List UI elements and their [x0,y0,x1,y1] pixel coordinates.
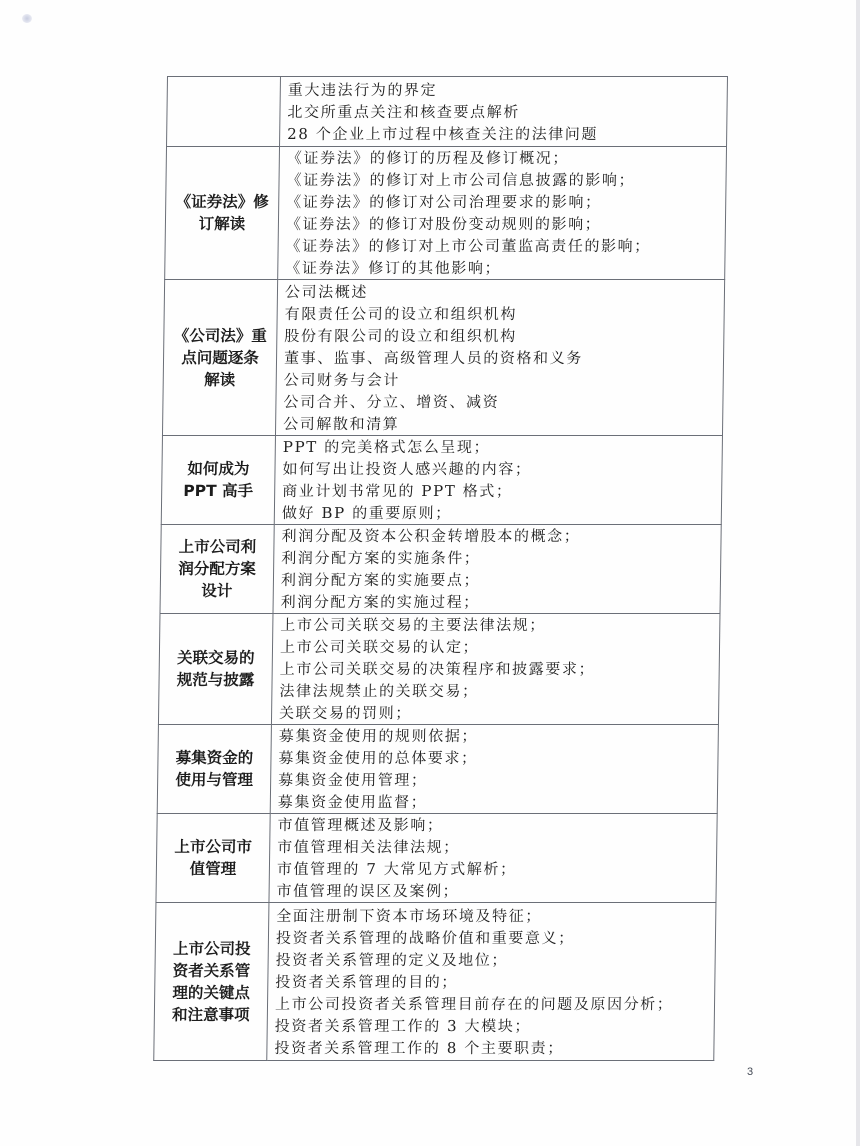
table-row: 上市公司市 值管理 市值管理概述及影响； 市值管理相关法律法规； 市值管理的 7… [156,814,717,903]
list-item: 募集资金使用监督； [278,791,717,813]
items-cell: 利润分配及资本公积金转增股本的概念； 利润分配方案的实施条件； 利润分配方案的实… [273,525,721,614]
scan-edge [856,0,860,1146]
topic-cell: 关联交易的 规范与披露 [158,614,273,725]
list-item: 市值管理的误区及案例； [276,880,715,902]
list-item: 《证券法》的修订的历程及修订概况； [287,147,726,169]
list-item: 募集资金使用管理； [278,769,717,791]
list-item: 做好 BP 的重要原则； [282,502,721,524]
topic-label: 关联交易的 [160,647,272,669]
list-item: 全面注册制下资本市场环境及特征； [276,905,715,927]
list-item: 关联交易的罚则； [279,702,718,724]
list-item: 《证券法》的修订对上市公司董监高责任的影响； [285,235,724,257]
topic-cell: 上市公司利 润分配方案 设计 [160,525,274,614]
document-page: 重大违法行为的界定 北交所重点关注和核查要点解析 28 个企业上市过程中核查关注… [0,0,860,1146]
topic-label: 和注意事项 [155,1004,267,1026]
topic-label: 订解读 [166,213,278,235]
items-cell: PPT 的完美格式怎么呈现； 如何写出让投资人感兴趣的内容； 商业计划书常见的 … [274,436,722,525]
list-item: 公司法概述 [285,281,724,303]
table-row: 上市公司投 资者关系管 理的关键点 和注意事项 全面注册制下资本市场环境及特征；… [154,903,716,1061]
table-row: 关联交易的 规范与披露 上市公司关联交易的主要法律法规； 上市公司关联交易的认定… [158,614,720,725]
list-item: 《证券法》修订的其他影响； [285,257,724,279]
topic-label: 如何成为 [162,458,274,480]
topic-label: PPT 高手 [162,480,274,502]
topic-label: 上市公司利 [161,536,273,558]
list-item: 投资者关系管理的目的； [275,971,714,993]
topic-label: 《证券法》修 [166,191,278,213]
list-item: 投资者关系管理的定义及地位； [276,949,715,971]
list-item: 上市公司关联交易的主要法律法规； [280,614,719,636]
topic-label: 募集资金的 [158,747,270,769]
list-item: 股份有限公司的设立和组织机构 [284,325,723,347]
items-cell: 公司法概述 有限责任公司的设立和组织机构 股份有限公司的设立和组织机构 董事、监… [275,280,724,436]
topic-label: 《公司法》重 [164,325,276,347]
list-item: 投资者关系管理工作的 8 个主要职责； [274,1037,713,1059]
list-item: 重大违法行为的界定 [288,79,727,101]
items-cell: 《证券法》的修订的历程及修订概况； 《证券法》的修订对上市公司信息披露的影响； … [278,147,727,280]
list-item: 公司解散和清算 [283,413,722,435]
table-row: 《证券法》修 订解读 《证券法》的修订的历程及修订概况； 《证券法》的修订对上市… [165,147,727,280]
list-item: 北交所重点关注和核查要点解析 [287,101,726,123]
list-item: 投资者关系管理工作的 3 大模块； [275,1015,714,1037]
table-row: 《公司法》重 点问题逐条 解读 公司法概述 有限责任公司的设立和组织机构 股份有… [162,280,724,436]
items-cell: 上市公司关联交易的主要法律法规； 上市公司关联交易的认定； 上市公司关联交易的决… [271,614,720,725]
list-item: 利润分配方案的实施条件； [281,547,720,569]
list-item: 如何写出让投资人感兴趣的内容； [282,458,721,480]
list-item: 有限责任公司的设立和组织机构 [285,303,724,325]
list-item: 董事、监事、高级管理人员的资格和义务 [284,347,723,369]
topic-cell: 募集资金的 使用与管理 [157,725,271,814]
list-item: 投资者关系管理的战略价值和重要意义； [276,927,715,949]
topic-cell: 上市公司投 资者关系管 理的关键点 和注意事项 [154,903,269,1061]
course-table-wrapper: 重大违法行为的界定 北交所重点关注和核查要点解析 28 个企业上市过程中核查关注… [153,76,728,1061]
items-cell: 全面注册制下资本市场环境及特征； 投资者关系管理的战略价值和重要意义； 投资者关… [267,903,716,1061]
table-row: 上市公司利 润分配方案 设计 利润分配及资本公积金转增股本的概念； 利润分配方案… [160,525,721,614]
list-item: 28 个企业上市过程中核查关注的法律问题 [287,123,726,145]
list-item: 募集资金使用的总体要求； [278,747,717,769]
topic-cell: 《证券法》修 订解读 [165,147,280,280]
list-item: 募集资金使用的规则依据； [279,725,718,747]
topic-label: 润分配方案 [161,558,273,580]
list-item: 公司合并、分立、增资、减资 [283,391,722,413]
topic-label: 上市公司投 [156,938,268,960]
items-cell: 募集资金使用的规则依据； 募集资金使用的总体要求； 募集资金使用管理； 募集资金… [270,725,718,814]
topic-label: 值管理 [157,858,269,880]
list-item: 公司财务与会计 [284,369,723,391]
list-item: 市值管理概述及影响； [277,814,716,836]
list-item: 《证券法》的修订对公司治理要求的影响； [286,191,725,213]
list-item: PPT 的完美格式怎么呈现； [283,436,722,458]
topic-cell: 《公司法》重 点问题逐条 解读 [162,280,277,436]
topic-label: 上市公司市 [157,836,269,858]
list-item: 利润分配及资本公积金转增股本的概念； [281,525,720,547]
topic-label: 解读 [164,369,276,391]
list-item: 市值管理相关法律法规； [277,836,716,858]
list-item: 上市公司关联交易的认定； [280,636,719,658]
list-item: 市值管理的 7 大常见方式解析； [277,858,716,880]
list-item: 上市公司投资者关系管理目前存在的问题及原因分析； [275,993,714,1015]
table-row: 如何成为 PPT 高手 PPT 的完美格式怎么呈现； 如何写出让投资人感兴趣的内… [161,436,722,525]
list-item: 《证券法》的修订对上市公司信息披露的影响； [286,169,725,191]
list-item: 法律法规禁止的关联交易； [279,680,718,702]
items-cell: 市值管理概述及影响； 市值管理相关法律法规； 市值管理的 7 大常见方式解析； … [269,814,717,903]
scan-speck [22,14,32,23]
table-row: 募集资金的 使用与管理 募集资金使用的规则依据； 募集资金使用的总体要求； 募集… [157,725,718,814]
list-item: 《证券法》的修订对股份变动规则的影响； [286,213,725,235]
table-row: 重大违法行为的界定 北交所重点关注和核查要点解析 28 个企业上市过程中核查关注… [167,77,728,147]
page-number: 3 [747,1066,753,1078]
list-item: 商业计划书常见的 PPT 格式； [282,480,721,502]
topic-cell [167,77,281,147]
topic-label: 设计 [161,580,273,602]
topic-label: 资者关系管 [155,960,267,982]
course-outline-table: 重大违法行为的界定 北交所重点关注和核查要点解析 28 个企业上市过程中核查关注… [153,76,728,1061]
table-body: 重大违法行为的界定 北交所重点关注和核查要点解析 28 个企业上市过程中核查关注… [154,77,728,1061]
items-cell: 重大违法行为的界定 北交所重点关注和核查要点解析 28 个企业上市过程中核查关注… [280,77,728,147]
topic-label: 规范与披露 [159,669,271,691]
list-item: 利润分配方案的实施要点； [281,569,720,591]
topic-label: 使用与管理 [158,769,270,791]
topic-label: 理的关键点 [155,982,267,1004]
topic-cell: 上市公司市 值管理 [156,814,270,903]
list-item: 上市公司关联交易的决策程序和披露要求； [280,658,719,680]
topic-cell: 如何成为 PPT 高手 [161,436,275,525]
topic-label: 点问题逐条 [164,347,276,369]
list-item: 利润分配方案的实施过程； [281,591,720,613]
